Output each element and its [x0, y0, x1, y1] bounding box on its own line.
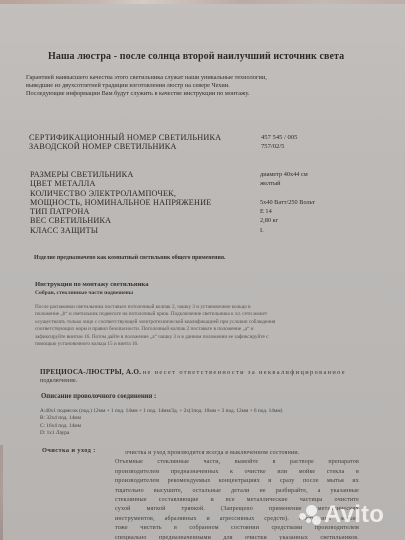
- document-title: Наша люстра - после солнца второй наилуч…: [48, 51, 344, 62]
- disclaimer-text-continued: подключение.: [40, 377, 360, 385]
- care-line: производителем предназначенных к очистке…: [115, 468, 359, 477]
- spec-value-socket-type: E 14: [260, 207, 315, 216]
- spec-label-bulb-count: КОЛИЧЕСТВО ЭЛЕКТРОЛАМПОЧЕК,: [30, 189, 211, 198]
- disclaimer-text: не несет ответственности за неквалифицир…: [143, 369, 346, 376]
- spec-value-protection-class: I.: [260, 226, 315, 235]
- care-label: Очистка и уход :: [42, 447, 96, 454]
- intro-paragraph: Гарантией наивысшего качества этого свет…: [26, 74, 267, 99]
- spec-label-socket-type: ТИП ПАТРОНА: [30, 207, 211, 216]
- intro-line: Последующие информации Вам будут служить…: [26, 90, 267, 98]
- installation-line: зафиксируйте винтом 16. Потом дайте в по…: [35, 334, 361, 341]
- care-line: производителем рекомендуемых концентраци…: [115, 477, 359, 486]
- factory-number-label: ЗАВОДСКОЙ НОМЕР СВЕТИЛЬНИКА: [29, 142, 221, 151]
- wiring-item-c: C: 16x4 под. 14мм: [40, 423, 282, 430]
- installation-line: соответствующих норм и правил безопаснос…: [35, 326, 361, 333]
- factory-number-value: 757/02/5: [261, 142, 297, 151]
- disclaimer: ПРЕЦИОСА-ЛЮСТРЫ, А.О. не несет ответстве…: [40, 368, 360, 385]
- spec-value-bulb-count: [260, 189, 315, 198]
- installation-title: Инструкция по монтажу светильника: [35, 281, 149, 288]
- installation-line: помощью установочного кольца 15 и винта …: [35, 341, 361, 348]
- certification-labels: СЕРТИФИКАЦИОННЫЙ НОМЕР СВЕТИЛЬНИКА ЗАВОД…: [29, 133, 221, 152]
- purpose-note: Изделие предназначено как комнатный свет…: [34, 255, 225, 261]
- document-page: Наша люстра - после солнца второй наилуч…: [0, 0, 405, 540]
- intro-line: Гарантией наивысшего качества этого свет…: [26, 74, 267, 82]
- specification-values: диаметр 40x44 см желтый 5x40 Ватт/250 Во…: [260, 170, 315, 235]
- spec-value-power-voltage: 5x40 Ватт/250 Вольт: [260, 198, 315, 207]
- certification-values: 457 545 / 005 757/02/5: [261, 133, 297, 152]
- installation-line: положение „b“ и светильник подвесьте на …: [35, 311, 361, 318]
- spec-label-power-voltage: МОЩНОСТЬ, НОМИНАЛЬНОЕ НАПРЯЖЕНИЕ: [30, 198, 211, 207]
- care-line: специально предназначенными для очистки …: [115, 534, 359, 540]
- spec-value-metal-color: желтый: [260, 179, 315, 188]
- spec-label-metal-color: ЦВЕТ МЕТАЛЛА: [30, 179, 211, 188]
- wiring-item-b: B: 32x4 под. 14мм: [40, 415, 282, 422]
- avito-logo-icon: [297, 503, 321, 527]
- avito-brand-text: Avito: [324, 501, 384, 529]
- specification-labels: РАЗМЕРЫ СВЕТИЛЬНИКА ЦВЕТ МЕТАЛЛА КОЛИЧЕС…: [30, 170, 211, 235]
- spec-label-protection-class: КЛАСС ЗАЩИТЫ: [30, 226, 211, 235]
- installation-body: После распаковки светильника поставьте п…: [35, 304, 361, 348]
- company-name: ПРЕЦИОСА-ЛЮСТРЫ, А.О.: [40, 368, 141, 376]
- installation-subtitle: Собран, стеклянные части подвешены: [35, 290, 133, 296]
- intro-line: выведшие из двухсотлетней традиции изгот…: [26, 82, 267, 90]
- certification-number-value: 457 545 / 005: [261, 133, 297, 142]
- care-line: Отъемные стеклянные части, вымойте в рас…: [115, 458, 359, 467]
- avito-watermark: Avito: [297, 497, 397, 533]
- spec-label-dimensions: РАЗМЕРЫ СВЕТИЛЬНИКА: [30, 170, 211, 179]
- care-line: тщательно высушите, остальные детали не …: [115, 487, 359, 496]
- spec-value-dimensions: диаметр 40x44 см: [260, 170, 315, 179]
- wiring-list: A:40x1 подвесок (под.) 12мм + 1 под. 14м…: [40, 408, 282, 437]
- wiring-item-a: A:40x1 подвесок (под.) 12мм + 1 под. 14м…: [40, 408, 282, 415]
- spec-value-weight: 2,80 кг: [260, 216, 315, 225]
- wiring-title: Описание проволочного соединения :: [41, 393, 156, 400]
- spec-label-weight: ВЕС СВЕТИЛЬНИКА: [30, 216, 211, 225]
- care-line: очистка и уход производится всегда в вык…: [115, 449, 359, 458]
- certification-number-label: СЕРТИФИКАЦИОННЫЙ НОМЕР СВЕТИЛЬНИКА: [29, 133, 221, 142]
- wiring-item-d: D: 1x1 Лаура: [40, 430, 282, 437]
